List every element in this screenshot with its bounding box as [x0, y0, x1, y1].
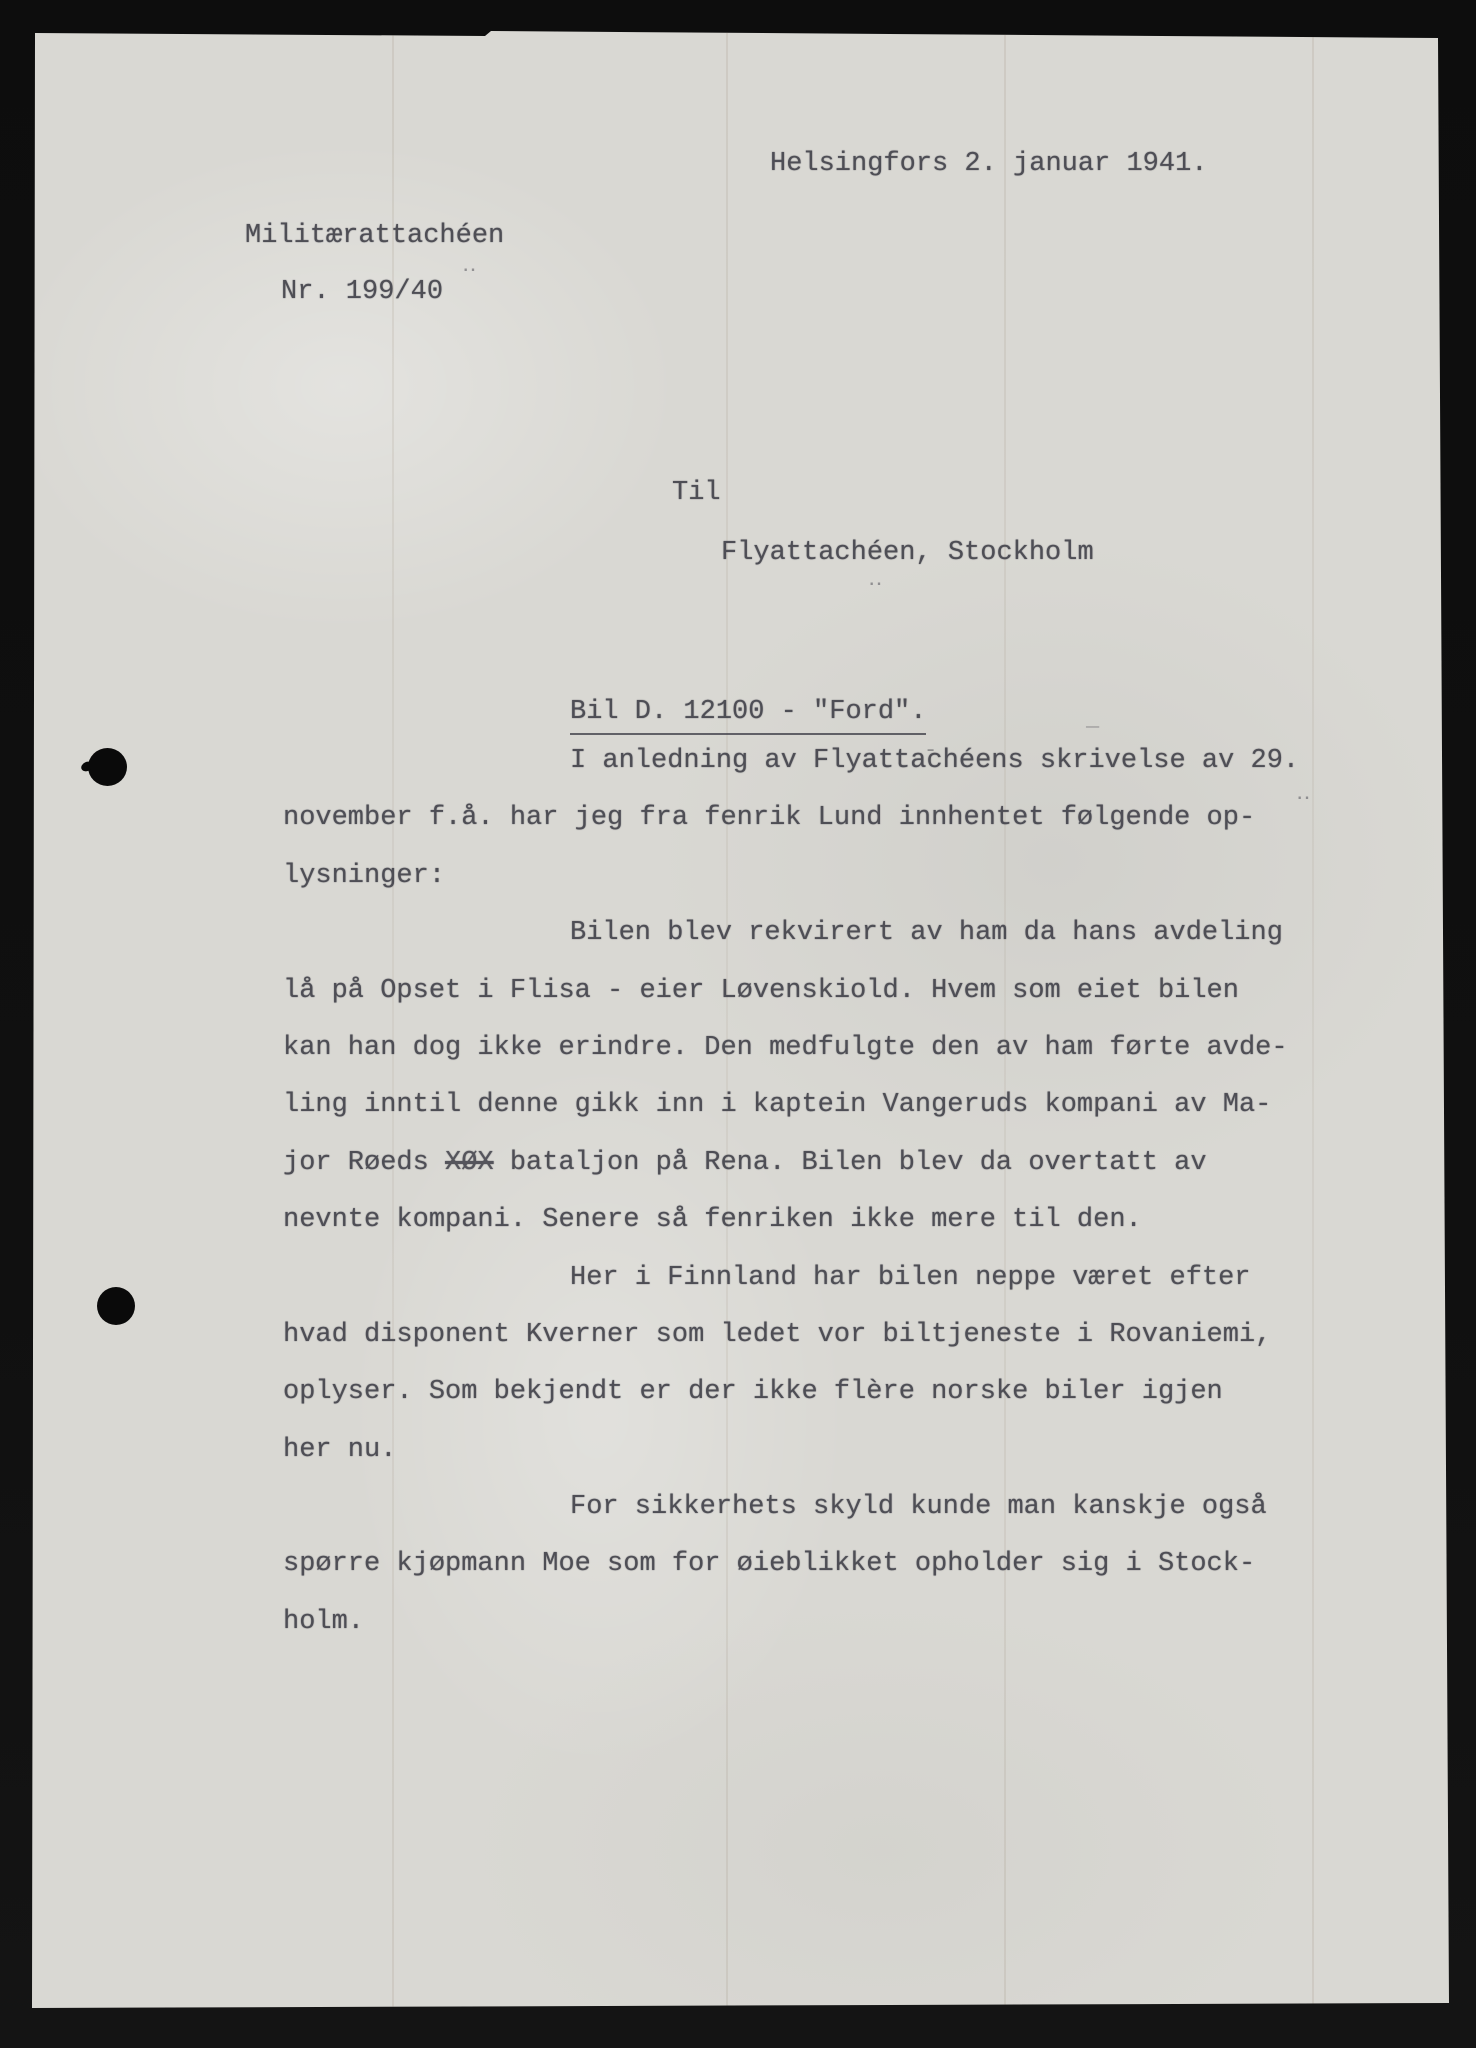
body-text: her nu.	[283, 1435, 396, 1465]
body-text: lå på Opset i Flisa - eier Løvenskiold. …	[283, 976, 1239, 1006]
body-line: ling inntil denne gikk inn i kaptein Van…	[283, 1089, 1383, 1146]
body-text: Her i Finnland har bilen neppe været eft…	[570, 1263, 1251, 1293]
body-line: Bilen blev rekvirert av ham da hans avde…	[283, 917, 1383, 974]
body-line: holm.	[283, 1606, 1383, 1663]
body-text: bataljon på Rena. Bilen blev da overtatt…	[494, 1148, 1207, 1178]
body-line: jor Røeds XØX bataljon på Rena. Bilen bl…	[283, 1147, 1383, 1204]
body-text: oplyser. Som bekjendt er der ikke flère …	[283, 1377, 1223, 1407]
body-text: kan han dog ikke erindre. Den medfulgte …	[283, 1033, 1288, 1063]
body-text: lysninger:	[283, 861, 445, 891]
body-line: Her i Finnland har bilen neppe været eft…	[283, 1262, 1383, 1319]
body-line: november f.å. har jeg fra fenrik Lund in…	[283, 802, 1383, 859]
struck-word: XØX	[445, 1148, 494, 1178]
scan-background: Helsingfors 2. januar 1941. Militærattac…	[0, 0, 1476, 2048]
artifact-mark: ‥	[1296, 780, 1311, 806]
body-text: hvad disponent Kverner som ledet vor bil…	[283, 1320, 1271, 1350]
body-line: spørre kjøpmann Moe som for øieblikket o…	[283, 1548, 1383, 1605]
punch-hole-bottom	[97, 1287, 135, 1325]
body-text: nevnte kompani. Senere så fenriken ikke …	[283, 1205, 1142, 1235]
artifact-mark: ¯	[1086, 726, 1099, 751]
body-line: kan han dog ikke erindre. Den medfulgte …	[283, 1032, 1383, 1089]
body-line: her nu.	[283, 1434, 1383, 1491]
recipient-label: Til	[672, 477, 721, 509]
body-line: hvad disponent Kverner som ledet vor bil…	[283, 1319, 1383, 1376]
body-lines: I anledning av Flyattachéens skrivelse a…	[283, 745, 1383, 1663]
body-text: spørre kjøpmann Moe som for øieblikket o…	[283, 1549, 1255, 1579]
body-text: Bilen blev rekvirert av ham da hans avde…	[570, 918, 1283, 948]
body-line: I anledning av Flyattachéens skrivelse a…	[283, 745, 1383, 802]
body-text: jor Røeds	[283, 1148, 445, 1178]
artifact-mark: ‥	[462, 252, 477, 278]
artifact-mark: -	[924, 738, 937, 763]
subject-line: Bil D. 12100 - "Ford".	[570, 696, 926, 735]
punch-hole-top	[88, 748, 127, 786]
recipient-name: Flyattachéen, Stockholm	[721, 537, 1094, 569]
body-line: For sikkerhets skyld kunde man kanskje o…	[283, 1491, 1383, 1548]
sender-office: Militærattachéen	[245, 220, 504, 252]
body-line: oplyser. Som bekjendt er der ikke flère …	[283, 1376, 1383, 1433]
artifact-mark: ‥	[868, 566, 883, 592]
date-line: Helsingfors 2. januar 1941.	[770, 148, 1207, 180]
body-text: november f.å. har jeg fra fenrik Lund in…	[283, 803, 1255, 833]
body-text: ling inntil denne gikk inn i kaptein Van…	[283, 1090, 1271, 1120]
body-text: holm.	[283, 1607, 364, 1637]
body-line: lysninger:	[283, 860, 1383, 917]
body-line: nevnte kompani. Senere så fenriken ikke …	[283, 1204, 1383, 1261]
reference-number: Nr. 199/40	[281, 276, 443, 308]
document-page: Helsingfors 2. januar 1941. Militærattac…	[30, 30, 1451, 2009]
body-text: For sikkerhets skyld kunde man kanskje o…	[570, 1492, 1267, 1522]
body-line: lå på Opset i Flisa - eier Løvenskiold. …	[283, 975, 1383, 1032]
